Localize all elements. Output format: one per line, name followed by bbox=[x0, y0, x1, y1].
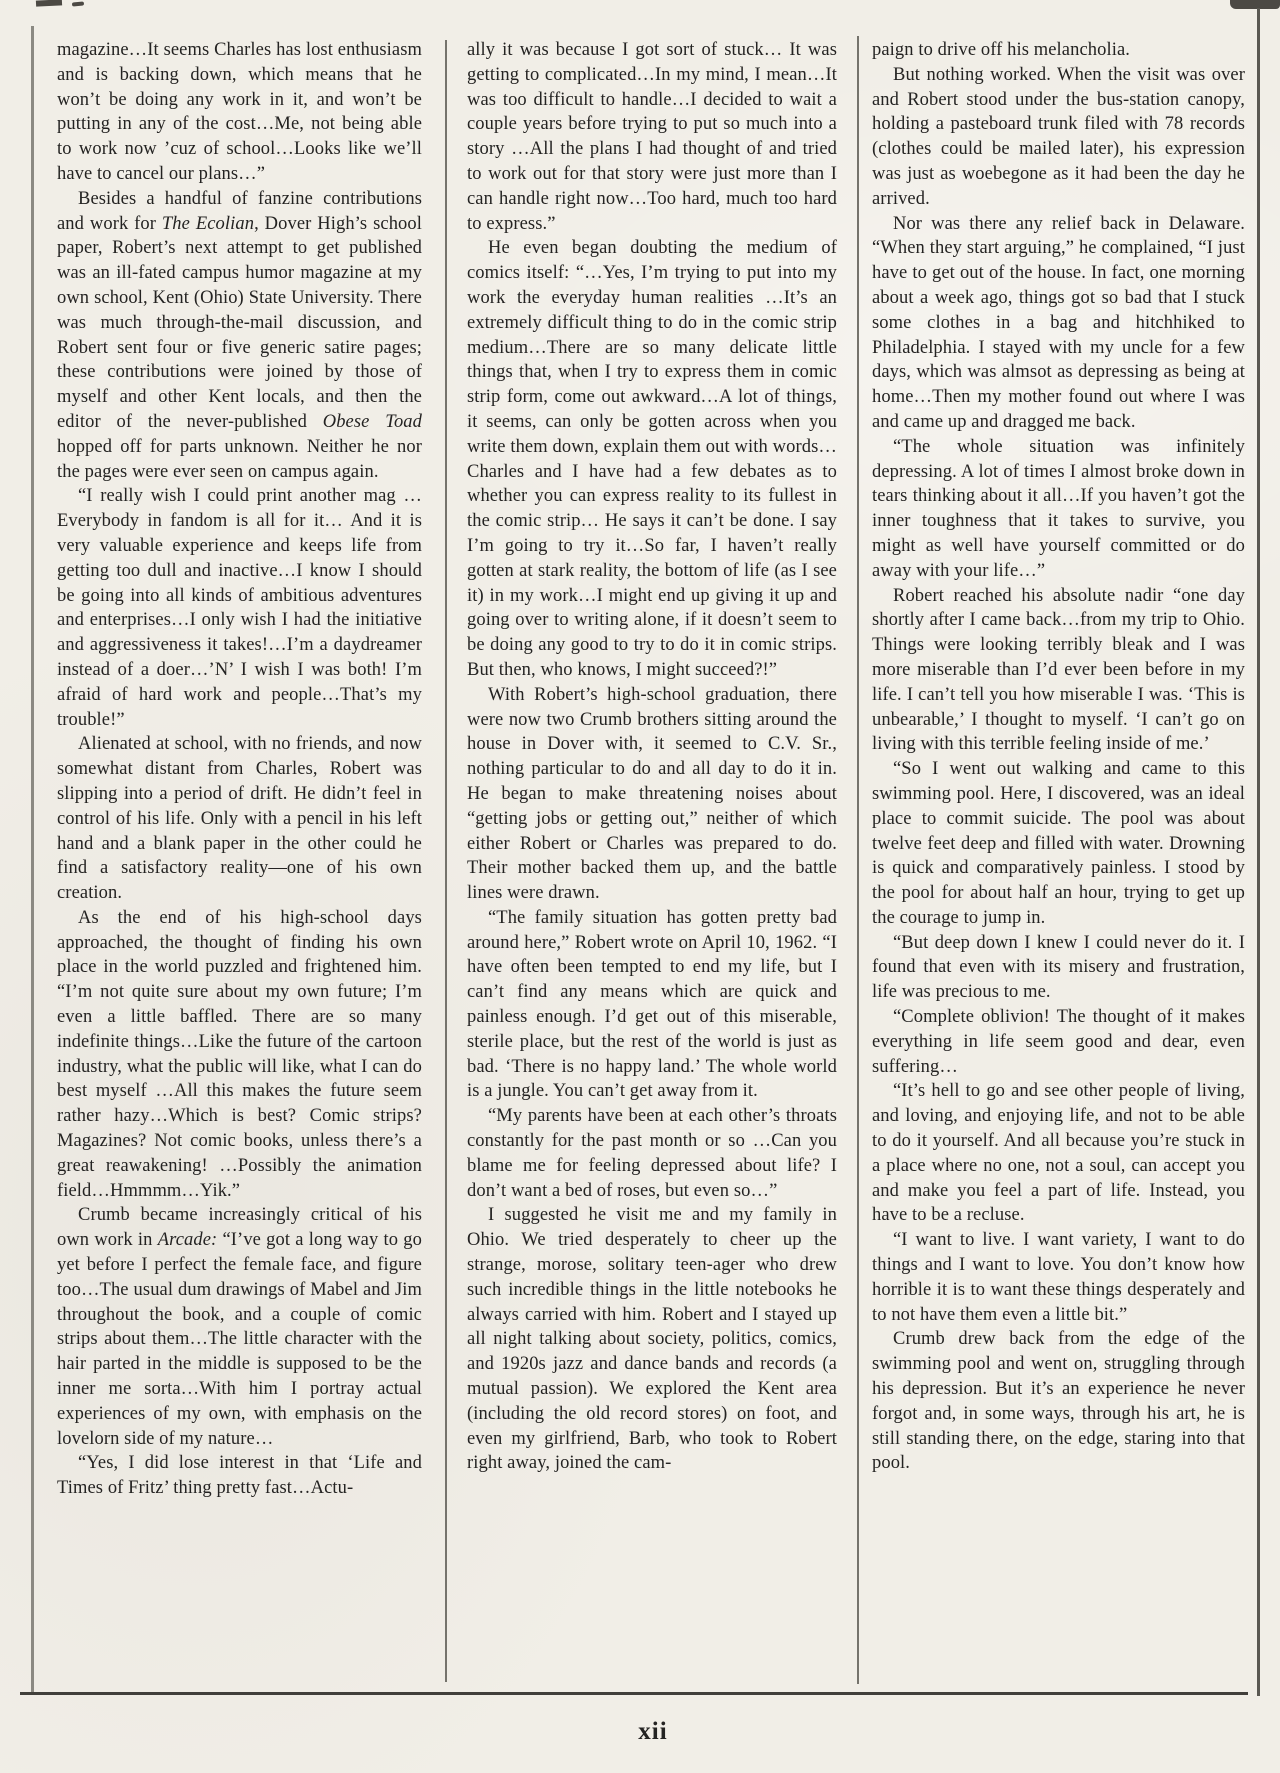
column-divider bbox=[445, 40, 447, 1682]
paragraph: But nothing worked. When the visit was o… bbox=[872, 63, 1245, 212]
text-run: Alienated at school, with no friends, an… bbox=[57, 734, 422, 903]
italic-text-run: Arcade: bbox=[158, 1230, 218, 1250]
left-margin-rule bbox=[31, 26, 34, 1692]
italic-text-run: The Ecolian bbox=[162, 214, 254, 234]
text-run: “Yes, I did lose interest in that ‘Life … bbox=[57, 1453, 422, 1498]
text-run: , Dover High’s school paper, Robert’s ne… bbox=[57, 214, 422, 432]
paragraph: Alienated at school, with no friends, an… bbox=[57, 732, 422, 906]
text-run: ally it was because I got sort of stuck…… bbox=[467, 40, 837, 234]
text-run: “The family situation has gotten pretty … bbox=[467, 908, 837, 1102]
text-run: “I’ve got a long way to go yet before I … bbox=[57, 1230, 422, 1448]
text-run: “I want to live. I want variety, I want … bbox=[872, 1230, 1245, 1324]
paragraph: He even began doubting the medium of com… bbox=[467, 236, 837, 682]
paragraph: Nor was there any relief back in Delawar… bbox=[872, 212, 1245, 435]
paragraph: Besides a handful of fanzine contributio… bbox=[57, 187, 422, 485]
text-column-3: paign to drive off his melancholia.But n… bbox=[872, 38, 1245, 1690]
text-run: I suggested he visit me and my family in… bbox=[467, 1205, 837, 1473]
text-run: Nor was there any relief back in Delawar… bbox=[872, 214, 1245, 432]
text-run: As the end of his high-school days appro… bbox=[57, 908, 422, 1201]
scan-artifact bbox=[36, 0, 62, 7]
paragraph: Robert reached his absolute nadir “one d… bbox=[872, 584, 1245, 758]
text-run: “But deep down I knew I could never do i… bbox=[872, 933, 1245, 1003]
paragraph: “The family situation has gotten pretty … bbox=[467, 906, 837, 1104]
text-run: With Robert’s high-school graduation, th… bbox=[467, 685, 837, 903]
book-page: magazine…It seems Charles has lost enthu… bbox=[0, 0, 1280, 1773]
text-run: paign to drive off his melancholia. bbox=[872, 40, 1130, 60]
text-column-1: magazine…It seems Charles has lost enthu… bbox=[57, 38, 422, 1690]
text-run: But nothing worked. When the visit was o… bbox=[872, 65, 1245, 209]
text-run: hopped off for parts unknown. Neither he… bbox=[57, 437, 422, 482]
paragraph: “I really wish I could print another mag… bbox=[57, 484, 422, 732]
paragraph: magazine…It seems Charles has lost enthu… bbox=[57, 38, 422, 187]
text-run: Robert reached his absolute nadir “one d… bbox=[872, 586, 1245, 755]
text-run: Crumb drew back from the edge of the swi… bbox=[872, 1329, 1245, 1473]
paragraph: ally it was because I got sort of stuck…… bbox=[467, 38, 837, 236]
paragraph: Crumb drew back from the edge of the swi… bbox=[872, 1327, 1245, 1476]
scan-artifact bbox=[1230, 0, 1280, 9]
text-run: He even began doubting the medium of com… bbox=[467, 238, 837, 680]
paragraph: “It’s hell to go and see other people of… bbox=[872, 1079, 1245, 1228]
text-run: “My parents have been at each other’s th… bbox=[467, 1106, 837, 1200]
paragraph: “I want to live. I want variety, I want … bbox=[872, 1228, 1245, 1327]
paragraph: With Robert’s high-school graduation, th… bbox=[467, 683, 837, 906]
text-run: “I really wish I could print another mag… bbox=[57, 486, 422, 729]
scan-artifact bbox=[72, 1, 84, 6]
paragraph: I suggested he visit me and my family in… bbox=[467, 1203, 837, 1476]
column-divider bbox=[857, 36, 859, 1684]
paragraph: “The whole situation was infinitely depr… bbox=[872, 435, 1245, 584]
text-run: “It’s hell to go and see other people of… bbox=[872, 1081, 1245, 1225]
text-column-2: ally it was because I got sort of stuck…… bbox=[467, 38, 837, 1690]
right-margin-rule bbox=[1257, 8, 1260, 1696]
page-number: xii bbox=[58, 1718, 1248, 1746]
paragraph: “So I went out walking and came to this … bbox=[872, 757, 1245, 931]
text-run: “So I went out walking and came to this … bbox=[872, 759, 1245, 928]
paragraph: “But deep down I knew I could never do i… bbox=[872, 931, 1245, 1005]
paragraph: “My parents have been at each other’s th… bbox=[467, 1104, 837, 1203]
italic-text-run: Obese Toad bbox=[323, 412, 422, 432]
paragraph: As the end of his high-school days appro… bbox=[57, 906, 422, 1204]
paragraph: “Yes, I did lose interest in that ‘Life … bbox=[57, 1451, 422, 1501]
text-run: “Complete oblivion! The thought of it ma… bbox=[872, 1007, 1245, 1077]
text-run: “The whole situation was infinitely depr… bbox=[872, 437, 1245, 581]
footer-rule bbox=[20, 1692, 1248, 1695]
paragraph: “Complete oblivion! The thought of it ma… bbox=[872, 1005, 1245, 1079]
paragraph: Crumb became increasingly critical of hi… bbox=[57, 1203, 422, 1451]
paragraph: paign to drive off his melancholia. bbox=[872, 38, 1245, 63]
text-run: magazine…It seems Charles has lost enthu… bbox=[57, 40, 422, 184]
